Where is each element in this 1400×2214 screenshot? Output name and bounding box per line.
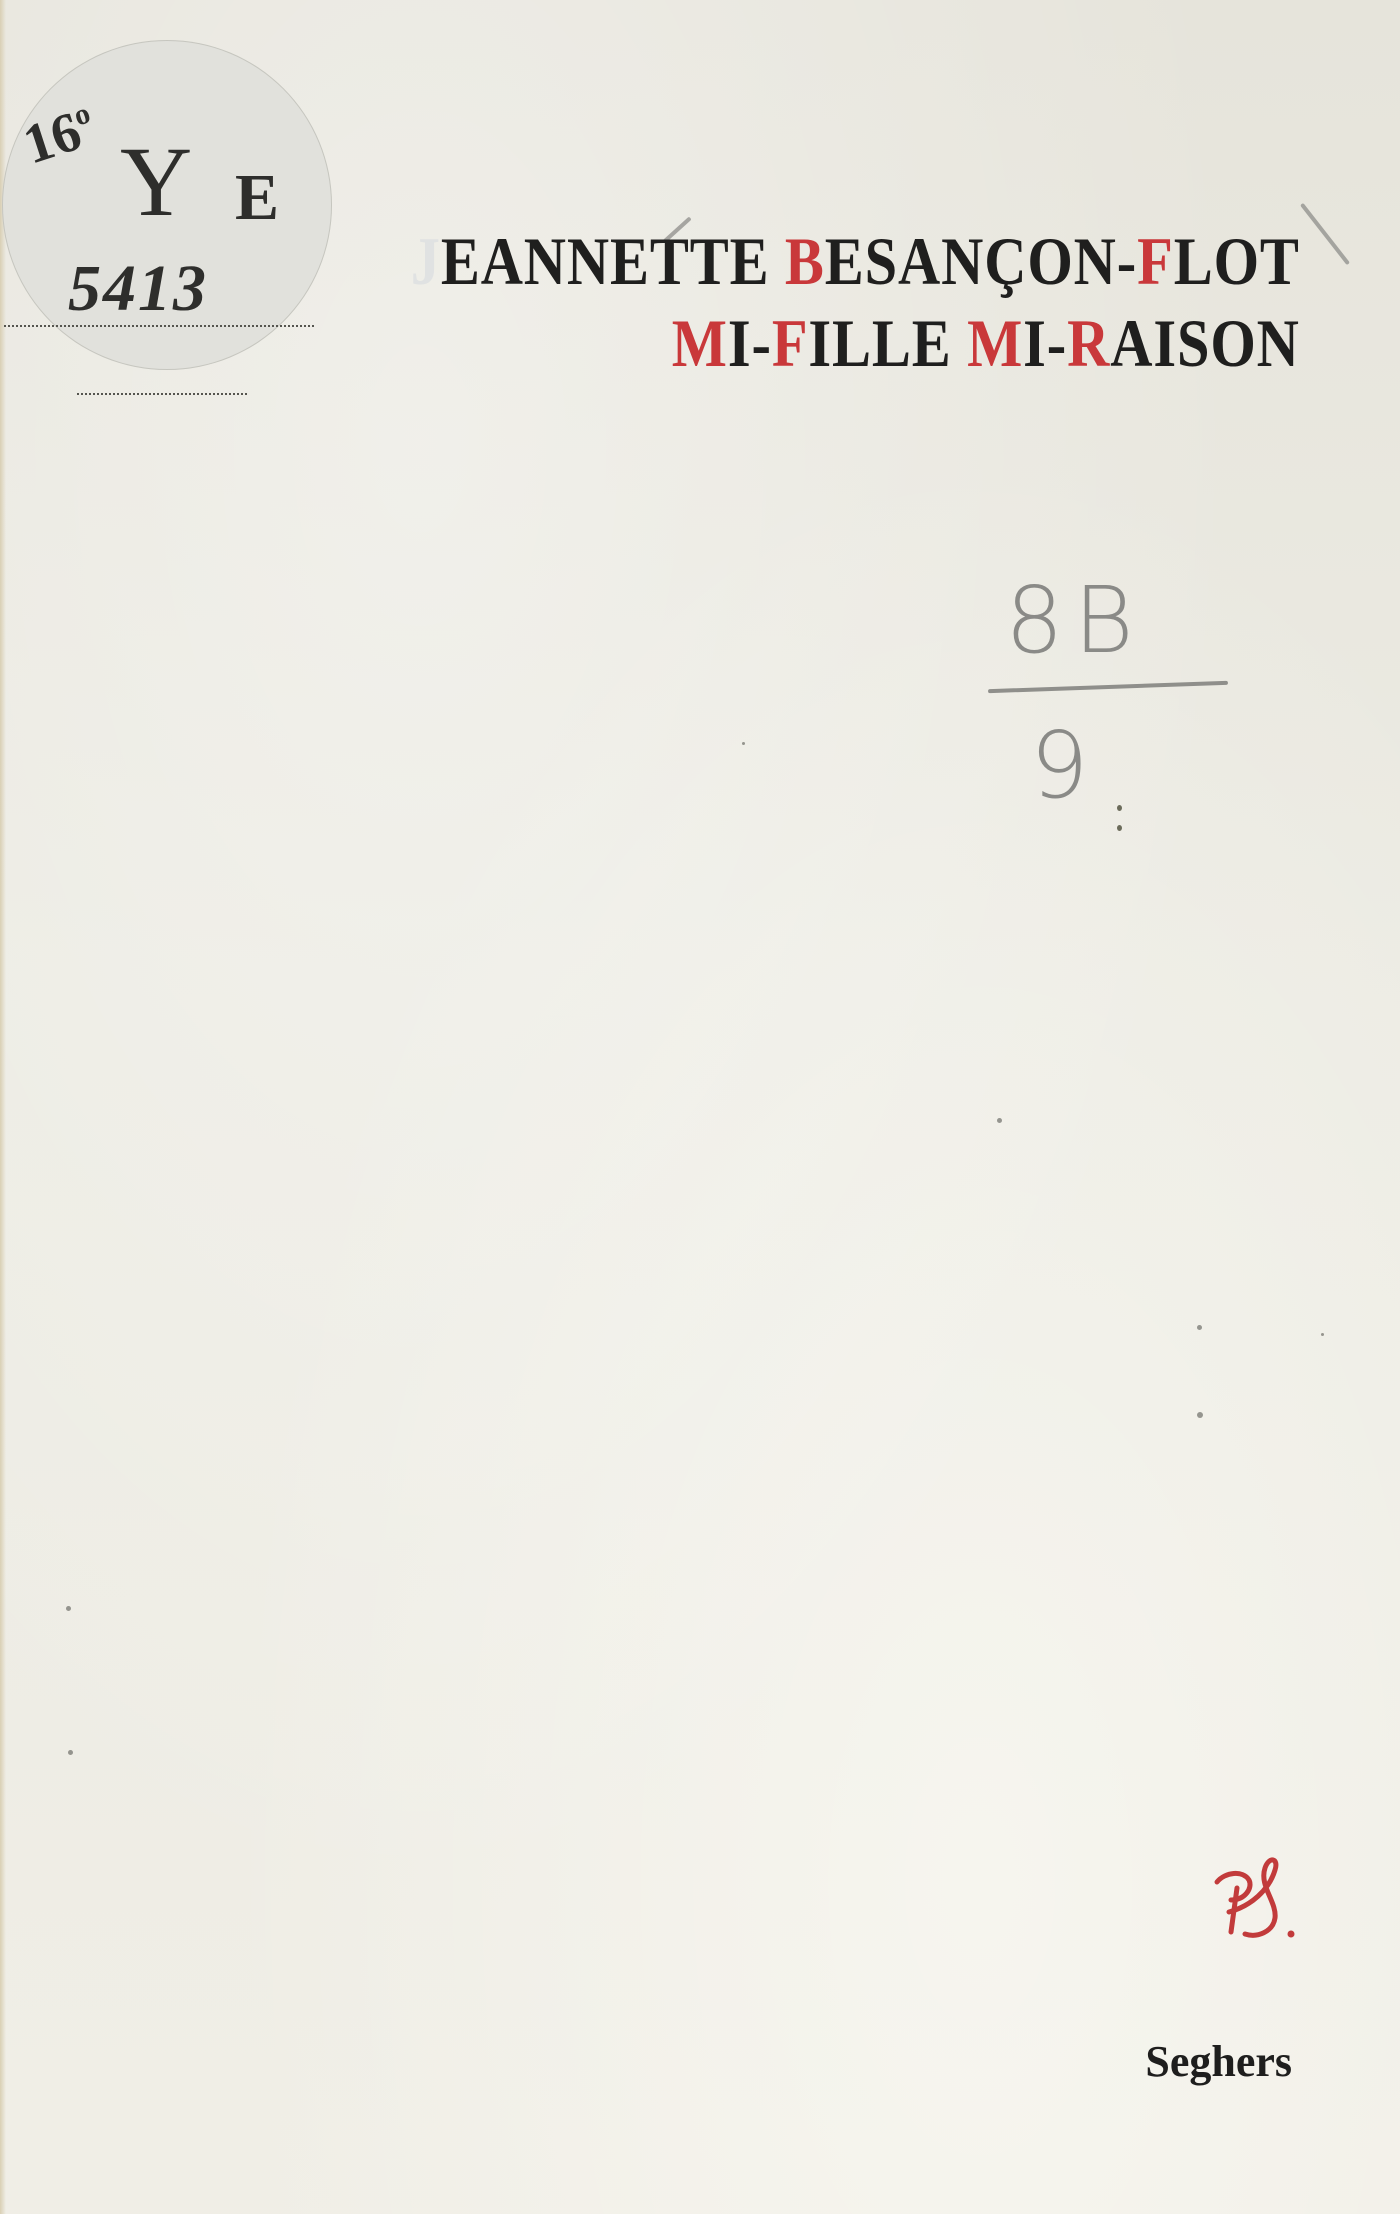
book-title-page: 16o Y E 5413 JJEANNETTEEANNETTE BESANÇON… [0, 0, 1400, 2214]
shelf-mark-numerator: 8B [1005, 575, 1144, 667]
stamp-number: 5413 [68, 256, 208, 322]
paper-speck [1321, 1333, 1324, 1336]
stamp-dotted-line [77, 393, 247, 395]
paper-speck [1197, 1412, 1203, 1418]
paper-speck [997, 1118, 1002, 1123]
publisher-logo-icon [1205, 1850, 1305, 1940]
book-title: MI-FILLE MI-RAISON [411, 302, 1300, 384]
paper-speck [68, 1750, 73, 1755]
author-name: JJEANNETTEEANNETTE BESANÇON-FLOT [411, 220, 1300, 302]
stamp-series-letter: Y [120, 132, 192, 232]
title-block: JJEANNETTEEANNETTE BESANÇON-FLOT MI-FILL… [266, 220, 1300, 384]
stamp-format: 16o [17, 98, 102, 173]
page-edge [0, 0, 6, 2214]
shelf-mark-denominator: 9 [1030, 720, 1089, 812]
shelf-mark-rule [988, 681, 1228, 693]
shelf-mark-colon [1117, 805, 1123, 835]
paper-speck [1197, 1325, 1202, 1330]
publisher-name: Seghers [1145, 2040, 1292, 2084]
pencil-mark [1300, 203, 1350, 265]
paper-speck [742, 742, 745, 745]
paper-speck [66, 1606, 71, 1611]
